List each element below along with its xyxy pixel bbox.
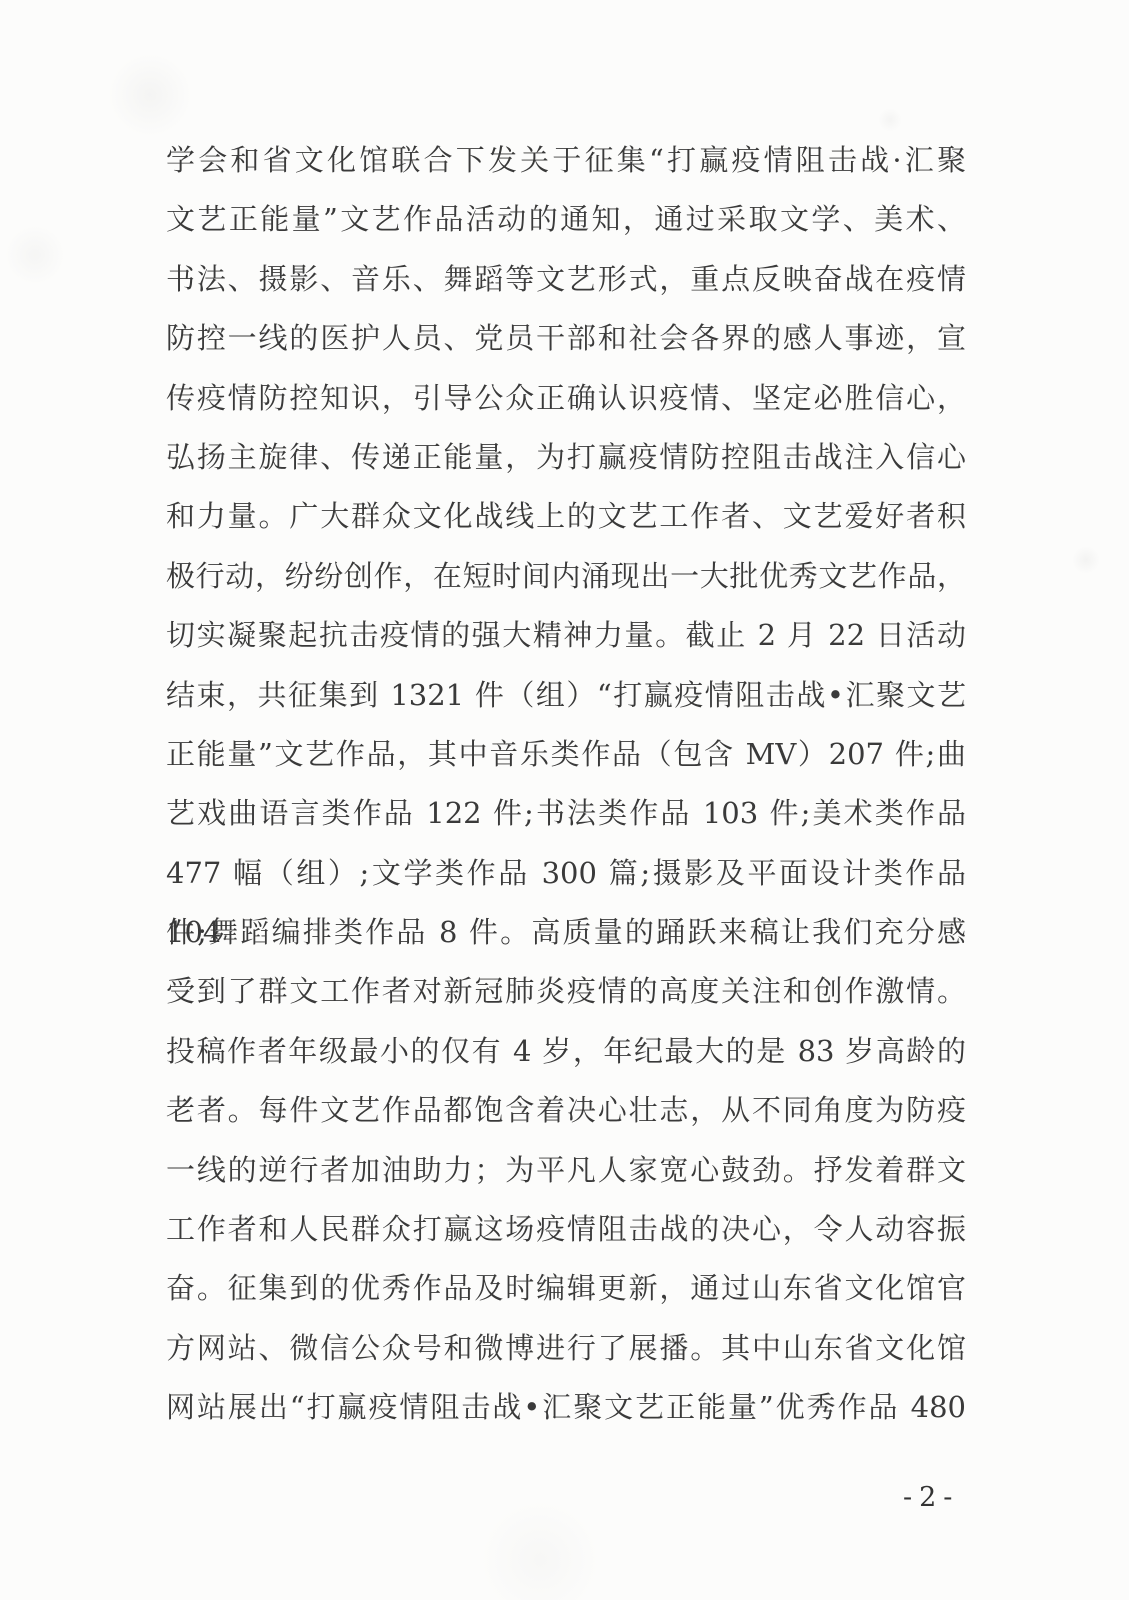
text-line: 投稿作者年级最小的仅有 4 岁，年纪最大的是 83 岁高龄的 (166, 1022, 966, 1081)
text-line: 极行动，纷纷创作，在短时间内涌现出一大批优秀文艺作品， (166, 547, 966, 606)
text-line: 网站展出“打赢疫情阻击战•汇聚文艺正能量”优秀作品 480 (166, 1378, 966, 1437)
scanned-document-page: 学会和省文化馆联合下发关于征集“打赢疫情阻击战·汇聚 文艺正能量”文艺作品活动的… (0, 0, 1129, 1600)
text-line: 受到了群文工作者对新冠肺炎疫情的高度关注和创作激情。 (166, 962, 966, 1021)
text-line: 弘扬主旋律、传递正能量，为打赢疫情防控阻击战注入信心 (166, 428, 966, 487)
page-number: -2- (903, 1482, 959, 1513)
text-line: 防控一线的医护人员、党员干部和社会各界的感人事迹，宣 (166, 309, 966, 368)
text-line: 方网站、微信公众号和微博进行了展播。其中山东省文化馆 (166, 1319, 966, 1378)
body-text-block: 学会和省文化馆联合下发关于征集“打赢疫情阻击战·汇聚 文艺正能量”文艺作品活动的… (166, 131, 966, 1438)
text-line: 传疫情防控知识，引导公众正确认识疫情、坚定必胜信心， (166, 369, 966, 428)
text-line: 老者。每件文艺作品都饱含着决心壮志，从不同角度为防疫 (166, 1081, 966, 1140)
text-line: 工作者和人民群众打赢这场疫情阻击战的决心，令人动容振 (166, 1200, 966, 1259)
text-line: 奋。征集到的优秀作品及时编辑更新，通过山东省文化馆官 (166, 1259, 966, 1318)
text-line: 件;舞蹈编排类作品 8 件。高质量的踊跃来稿让我们充分感 (166, 903, 966, 962)
text-line: 书法、摄影、音乐、舞蹈等文艺形式，重点反映奋战在疫情 (166, 250, 966, 309)
text-line: 477 幅（组）;文学类作品 300 篇;摄影及平面设计类作品 104 (166, 844, 966, 903)
text-line: 切实凝聚起抗击疫情的强大精神力量。截止 2 月 22 日活动 (166, 606, 966, 665)
text-line: 学会和省文化馆联合下发关于征集“打赢疫情阻击战·汇聚 (166, 131, 966, 190)
text-line: 文艺正能量”文艺作品活动的通知，通过采取文学、美术、 (166, 190, 966, 249)
text-line: 结束，共征集到 1321 件（组）“打赢疫情阻击战•汇聚文艺 (166, 666, 966, 725)
text-line: 艺戏曲语言类作品 122 件;书法类作品 103 件;美术类作品 (166, 784, 966, 843)
text-line: 正能量”文艺作品，其中音乐类作品（包含 MV）207 件;曲 (166, 725, 966, 784)
text-line: 和力量。广大群众文化战线上的文艺工作者、文艺爱好者积 (166, 487, 966, 546)
text-line: 一线的逆行者加油助力；为平凡人家宽心鼓劲。抒发着群文 (166, 1141, 966, 1200)
